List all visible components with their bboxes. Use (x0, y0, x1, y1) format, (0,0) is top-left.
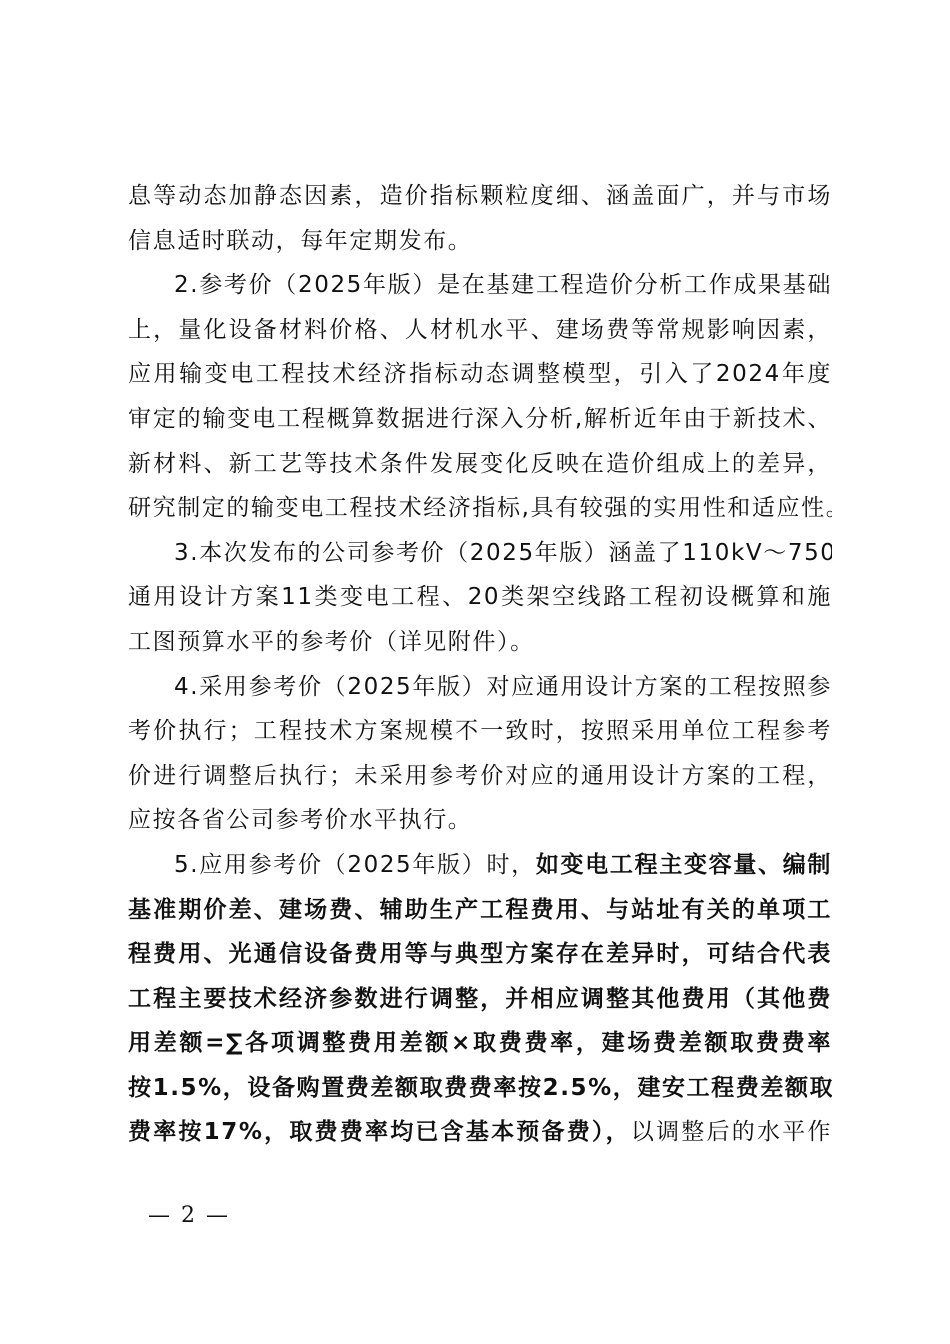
bold-emphasis-line: 按1.5%，设备购置费差额取费费率按2.5%，建安工程费差额取费 (128, 1066, 832, 1111)
text-line: 新材料、新工艺等技术条件发展变化反映在造价组成上的差异， (128, 442, 832, 487)
text-line: 考价执行；工程技术方案规模不一致时，按照采用单位工程参考 (128, 709, 832, 754)
text-line: 价进行调整后执行；未采用参考价对应的通用设计方案的工程， (128, 754, 832, 799)
text-line: 应按各省公司参考价水平执行。 (128, 798, 832, 843)
page-number: — 2 — (148, 1203, 230, 1228)
text-line: 通用设计方案11类变电工程、20类架空线路工程初设概算和施 (128, 575, 832, 620)
bold-emphasis: 如变电工程主变容量、编制 (536, 852, 832, 878)
text-continuation: 以调整后的水平作 (631, 1119, 832, 1145)
document-page: 息等动态加静态因素，造价指标颗粒度细、涵盖面广，并与市场 信息适时联动，每年定期… (128, 174, 832, 1155)
text-line: 研究制定的输变电工程技术经济指标,具有较强的实用性和适应性。 (128, 486, 832, 531)
text-line: 信息适时联动，每年定期发布。 (128, 219, 832, 264)
text-line: 上，量化设备材料价格、人材机水平、建场费等常规影响因素， (128, 308, 832, 353)
paragraph-3-line: 3.本次发布的公司参考价（2025年版）涵盖了110kV～750kV (128, 531, 832, 576)
bold-emphasis-line: 基准期价差、建场费、辅助生产工程费用、与站址有关的单项工 (128, 888, 832, 933)
paragraph-2-line: 2.参考价（2025年版）是在基建工程造价分析工作成果基础 (128, 263, 832, 308)
paragraph-5-line: 5.应用参考价（2025年版）时，如变电工程主变容量、编制 (128, 843, 832, 888)
paragraph-5-lead: 5.应用参考价（2025年版）时， (174, 852, 536, 878)
bold-emphasis: 费率按17%，取费费率均已含基本预备费）， (128, 1119, 631, 1145)
text-line: 费率按17%，取费费率均已含基本预备费），以调整后的水平作 (128, 1110, 832, 1155)
text-line: 审定的输变电工程概算数据进行深入分析,解析近年由于新技术、 (128, 397, 832, 442)
bold-emphasis-line: 用差额=∑各项调整费用差额×取费费率，建场费差额取费费率 (128, 1021, 832, 1066)
bold-emphasis-line: 程费用、光通信设备费用等与典型方案存在差异时，可结合代表 (128, 932, 832, 977)
bold-emphasis-line: 工程主要技术经济参数进行调整，并相应调整其他费用（其他费 (128, 977, 832, 1022)
text-line: 应用输变电工程技术经济指标动态调整模型，引入了2024年度 (128, 352, 832, 397)
text-line: 息等动态加静态因素，造价指标颗粒度细、涵盖面广，并与市场 (128, 174, 832, 219)
paragraph-4-line: 4.采用参考价（2025年版）对应通用设计方案的工程按照参 (128, 665, 832, 710)
text-line: 工图预算水平的参考价（详见附件）。 (128, 620, 832, 665)
